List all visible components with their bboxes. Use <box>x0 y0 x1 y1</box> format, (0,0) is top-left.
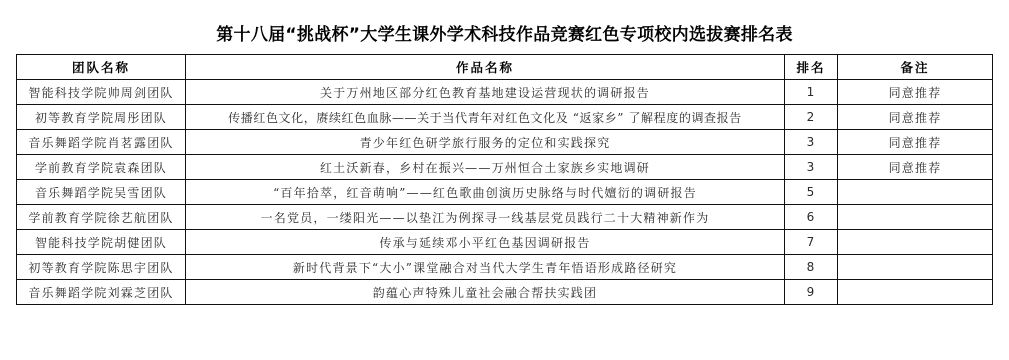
table-row: 初等教育学院陈思宇团队 新时代背景下“大小”课堂融合对当代大学生青年悟语形成路径… <box>17 255 993 280</box>
team-name-cell: 初等教育学院陈思宇团队 <box>17 255 186 280</box>
team-name-cell: 学前教育学院袁森团队 <box>17 155 186 180</box>
team-name-cell: 音乐舞蹈学院肖茗露团队 <box>17 130 186 155</box>
table-row: 音乐舞蹈学院刘霖芝团队 韵蕴心声特殊儿童社会融合帮扶实践团 9 <box>17 280 993 305</box>
note-cell <box>838 230 993 255</box>
rank-cell: 3 <box>785 155 838 180</box>
team-name-cell: 音乐舞蹈学院刘霖芝团队 <box>17 280 186 305</box>
rank-cell: 2 <box>785 105 838 130</box>
note-cell: 同意推荐 <box>838 105 993 130</box>
work-name-cell: 新时代背景下“大小”课堂融合对当代大学生青年悟语形成路径研究 <box>186 255 785 280</box>
header-note: 备注 <box>838 55 993 80</box>
note-cell <box>838 280 993 305</box>
note-cell <box>838 255 993 280</box>
team-name-cell: 智能科技学院帅周剑团队 <box>17 80 186 105</box>
team-name-cell: 初等教育学院周彤团队 <box>17 105 186 130</box>
document-title: 第十八届“挑战杯”大学生课外学术科技作品竞赛红色专项校内选拔赛排名表 <box>0 20 1009 45</box>
note-cell: 同意推荐 <box>838 155 993 180</box>
team-name-cell: 智能科技学院胡健团队 <box>17 230 186 255</box>
header-team-name: 团队名称 <box>17 55 186 80</box>
rank-cell: 8 <box>785 255 838 280</box>
work-name-cell: “百年拾萃，红音萌响”——红色歌曲创演历史脉络与时代嬗衍的调研报告 <box>186 180 785 205</box>
ranking-table: 团队名称 作品名称 排名 备注 智能科技学院帅周剑团队 关于万州地区部分红色教育… <box>16 54 993 305</box>
rank-cell: 6 <box>785 205 838 230</box>
team-name-cell: 音乐舞蹈学院吴雪团队 <box>17 180 186 205</box>
rank-cell: 3 <box>785 130 838 155</box>
note-cell: 同意推荐 <box>838 130 993 155</box>
table-row: 智能科技学院帅周剑团队 关于万州地区部分红色教育基地建设运营现状的调研报告 1 … <box>17 80 993 105</box>
work-name-cell: 关于万州地区部分红色教育基地建设运营现状的调研报告 <box>186 80 785 105</box>
work-name-cell: 红土沃新春，乡村在振兴——万州恒合土家族乡实地调研 <box>186 155 785 180</box>
rank-cell: 5 <box>785 180 838 205</box>
table-row: 音乐舞蹈学院吴雪团队 “百年拾萃，红音萌响”——红色歌曲创演历史脉络与时代嬗衍的… <box>17 180 993 205</box>
header-rank: 排名 <box>785 55 838 80</box>
work-name-cell: 一名党员，一缕阳光——以垫江为例探寻一线基层党员践行二十大精神新作为 <box>186 205 785 230</box>
work-name-cell: 青少年红色研学旅行服务的定位和实践探究 <box>186 130 785 155</box>
note-cell <box>838 205 993 230</box>
note-cell <box>838 180 993 205</box>
table-row: 学前教育学院袁森团队 红土沃新春，乡村在振兴——万州恒合土家族乡实地调研 3 同… <box>17 155 993 180</box>
header-work-name: 作品名称 <box>186 55 785 80</box>
table-row: 初等教育学院周彤团队 传播红色文化，赓续红色血脉——关于当代青年对红色文化及 “… <box>17 105 993 130</box>
rank-cell: 1 <box>785 80 838 105</box>
rank-cell: 9 <box>785 280 838 305</box>
work-name-cell: 韵蕴心声特殊儿童社会融合帮扶实践团 <box>186 280 785 305</box>
rank-cell: 7 <box>785 230 838 255</box>
work-name-cell: 传承与延续邓小平红色基因调研报告 <box>186 230 785 255</box>
table-header-row: 团队名称 作品名称 排名 备注 <box>17 55 993 80</box>
work-name-cell: 传播红色文化，赓续红色血脉——关于当代青年对红色文化及 “返家乡” 了解程度的调… <box>186 105 785 130</box>
note-cell: 同意推荐 <box>838 80 993 105</box>
table-row: 音乐舞蹈学院肖茗露团队 青少年红色研学旅行服务的定位和实践探究 3 同意推荐 <box>17 130 993 155</box>
team-name-cell: 学前教育学院徐艺航团队 <box>17 205 186 230</box>
table-row: 学前教育学院徐艺航团队 一名党员，一缕阳光——以垫江为例探寻一线基层党员践行二十… <box>17 205 993 230</box>
table-row: 智能科技学院胡健团队 传承与延续邓小平红色基因调研报告 7 <box>17 230 993 255</box>
